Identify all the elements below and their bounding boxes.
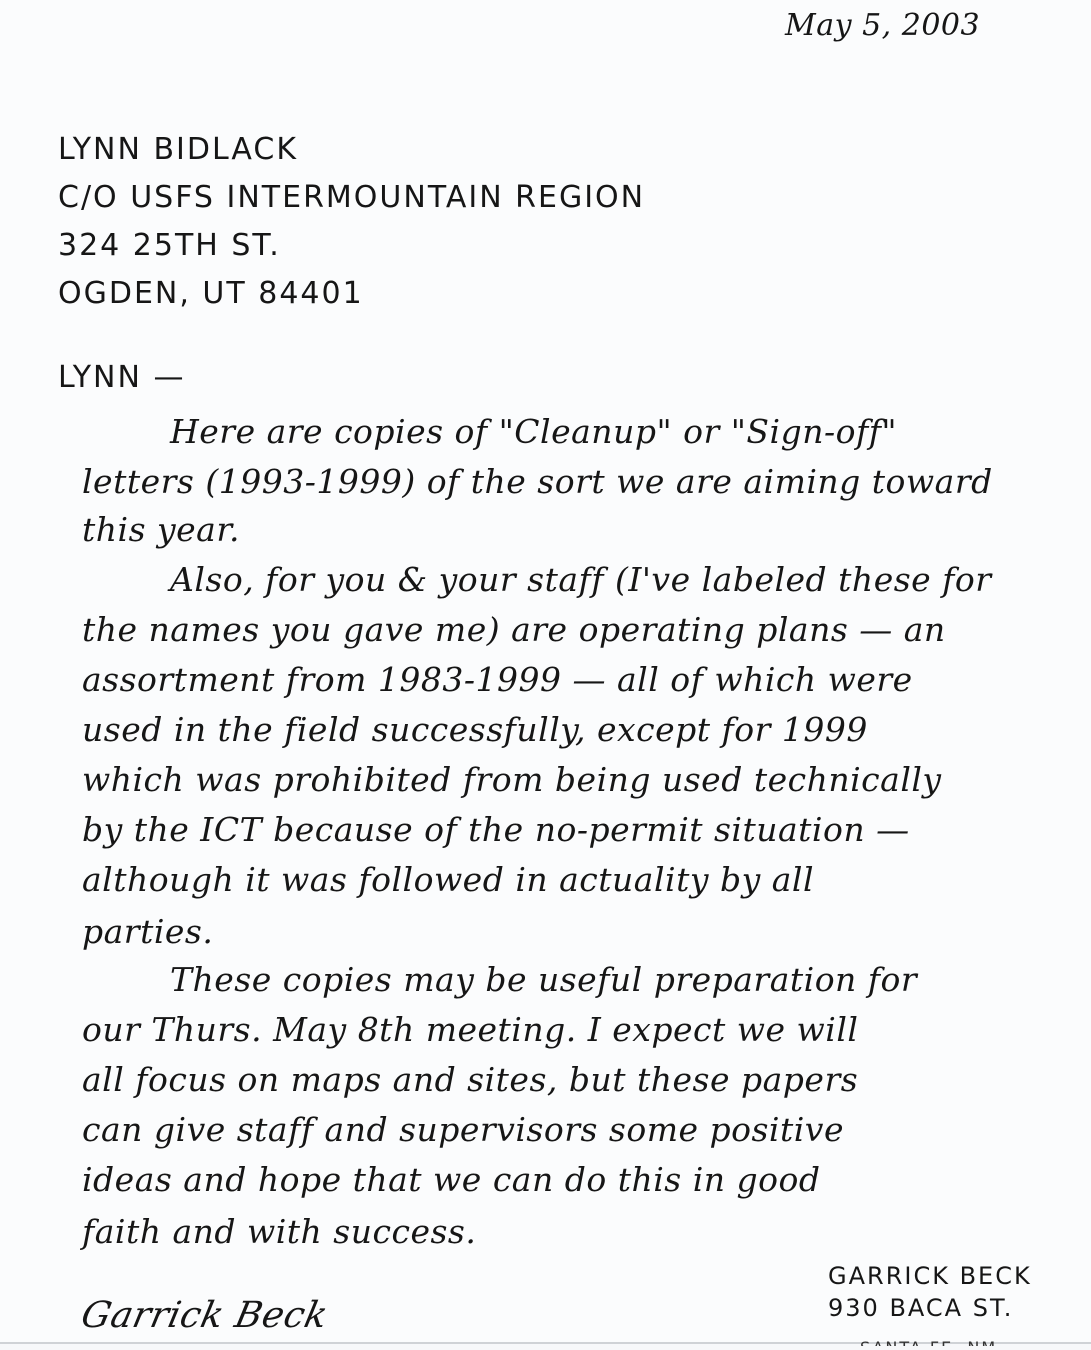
body-line: faith and with success. (82, 1212, 476, 1251)
body-line: all focus on maps and sites, but these p… (82, 1060, 858, 1099)
body-line: parties. (82, 912, 213, 951)
body-line: can give staff and supervisors some posi… (82, 1110, 844, 1149)
body-line: our Thurs. May 8th meeting. I expect we … (82, 1010, 858, 1049)
body-line: letters (1993-1999) of the sort we are a… (82, 462, 993, 501)
body-line: ideas and hope that we can do this in go… (82, 1160, 820, 1199)
body-line: assortment from 1983-1999 — all of which… (82, 660, 913, 699)
body-line: used in the field successfully, except f… (82, 710, 868, 749)
body-line: this year. (82, 510, 240, 549)
body-line: These copies may be useful preparation f… (170, 960, 917, 999)
recipient-org: c/o USFS Intermountain Region (58, 180, 645, 215)
body-line: which was prohibited from being used tec… (82, 760, 942, 799)
sender-street: 930 Baca St. (828, 1294, 1013, 1322)
signature: Garrick Beck (78, 1295, 332, 1336)
sender-name: Garrick Beck (828, 1262, 1032, 1290)
body-line: the names you gave me) are operating pla… (82, 610, 946, 649)
recipient-name: Lynn Bidlack (58, 132, 298, 167)
letter-page: May 5, 2003 Lynn Bidlack c/o USFS Interm… (0, 0, 1091, 1344)
recipient-street: 324 25th St. (58, 228, 281, 263)
recipient-city: Ogden, UT 84401 (58, 276, 364, 311)
body-line: Also, for you & your staff (I've labeled… (170, 560, 992, 599)
salutation: Lynn — (58, 360, 185, 395)
body-line: by the ICT because of the no-permit situ… (82, 810, 910, 849)
sender-city-cutoff: Santa Fe, NM ... (860, 1338, 1026, 1346)
body-line: although it was followed in actuality by… (82, 860, 814, 899)
body-line: Here are copies of "Cleanup" or "Sign-of… (170, 412, 897, 451)
letter-date: May 5, 2003 (785, 8, 980, 43)
